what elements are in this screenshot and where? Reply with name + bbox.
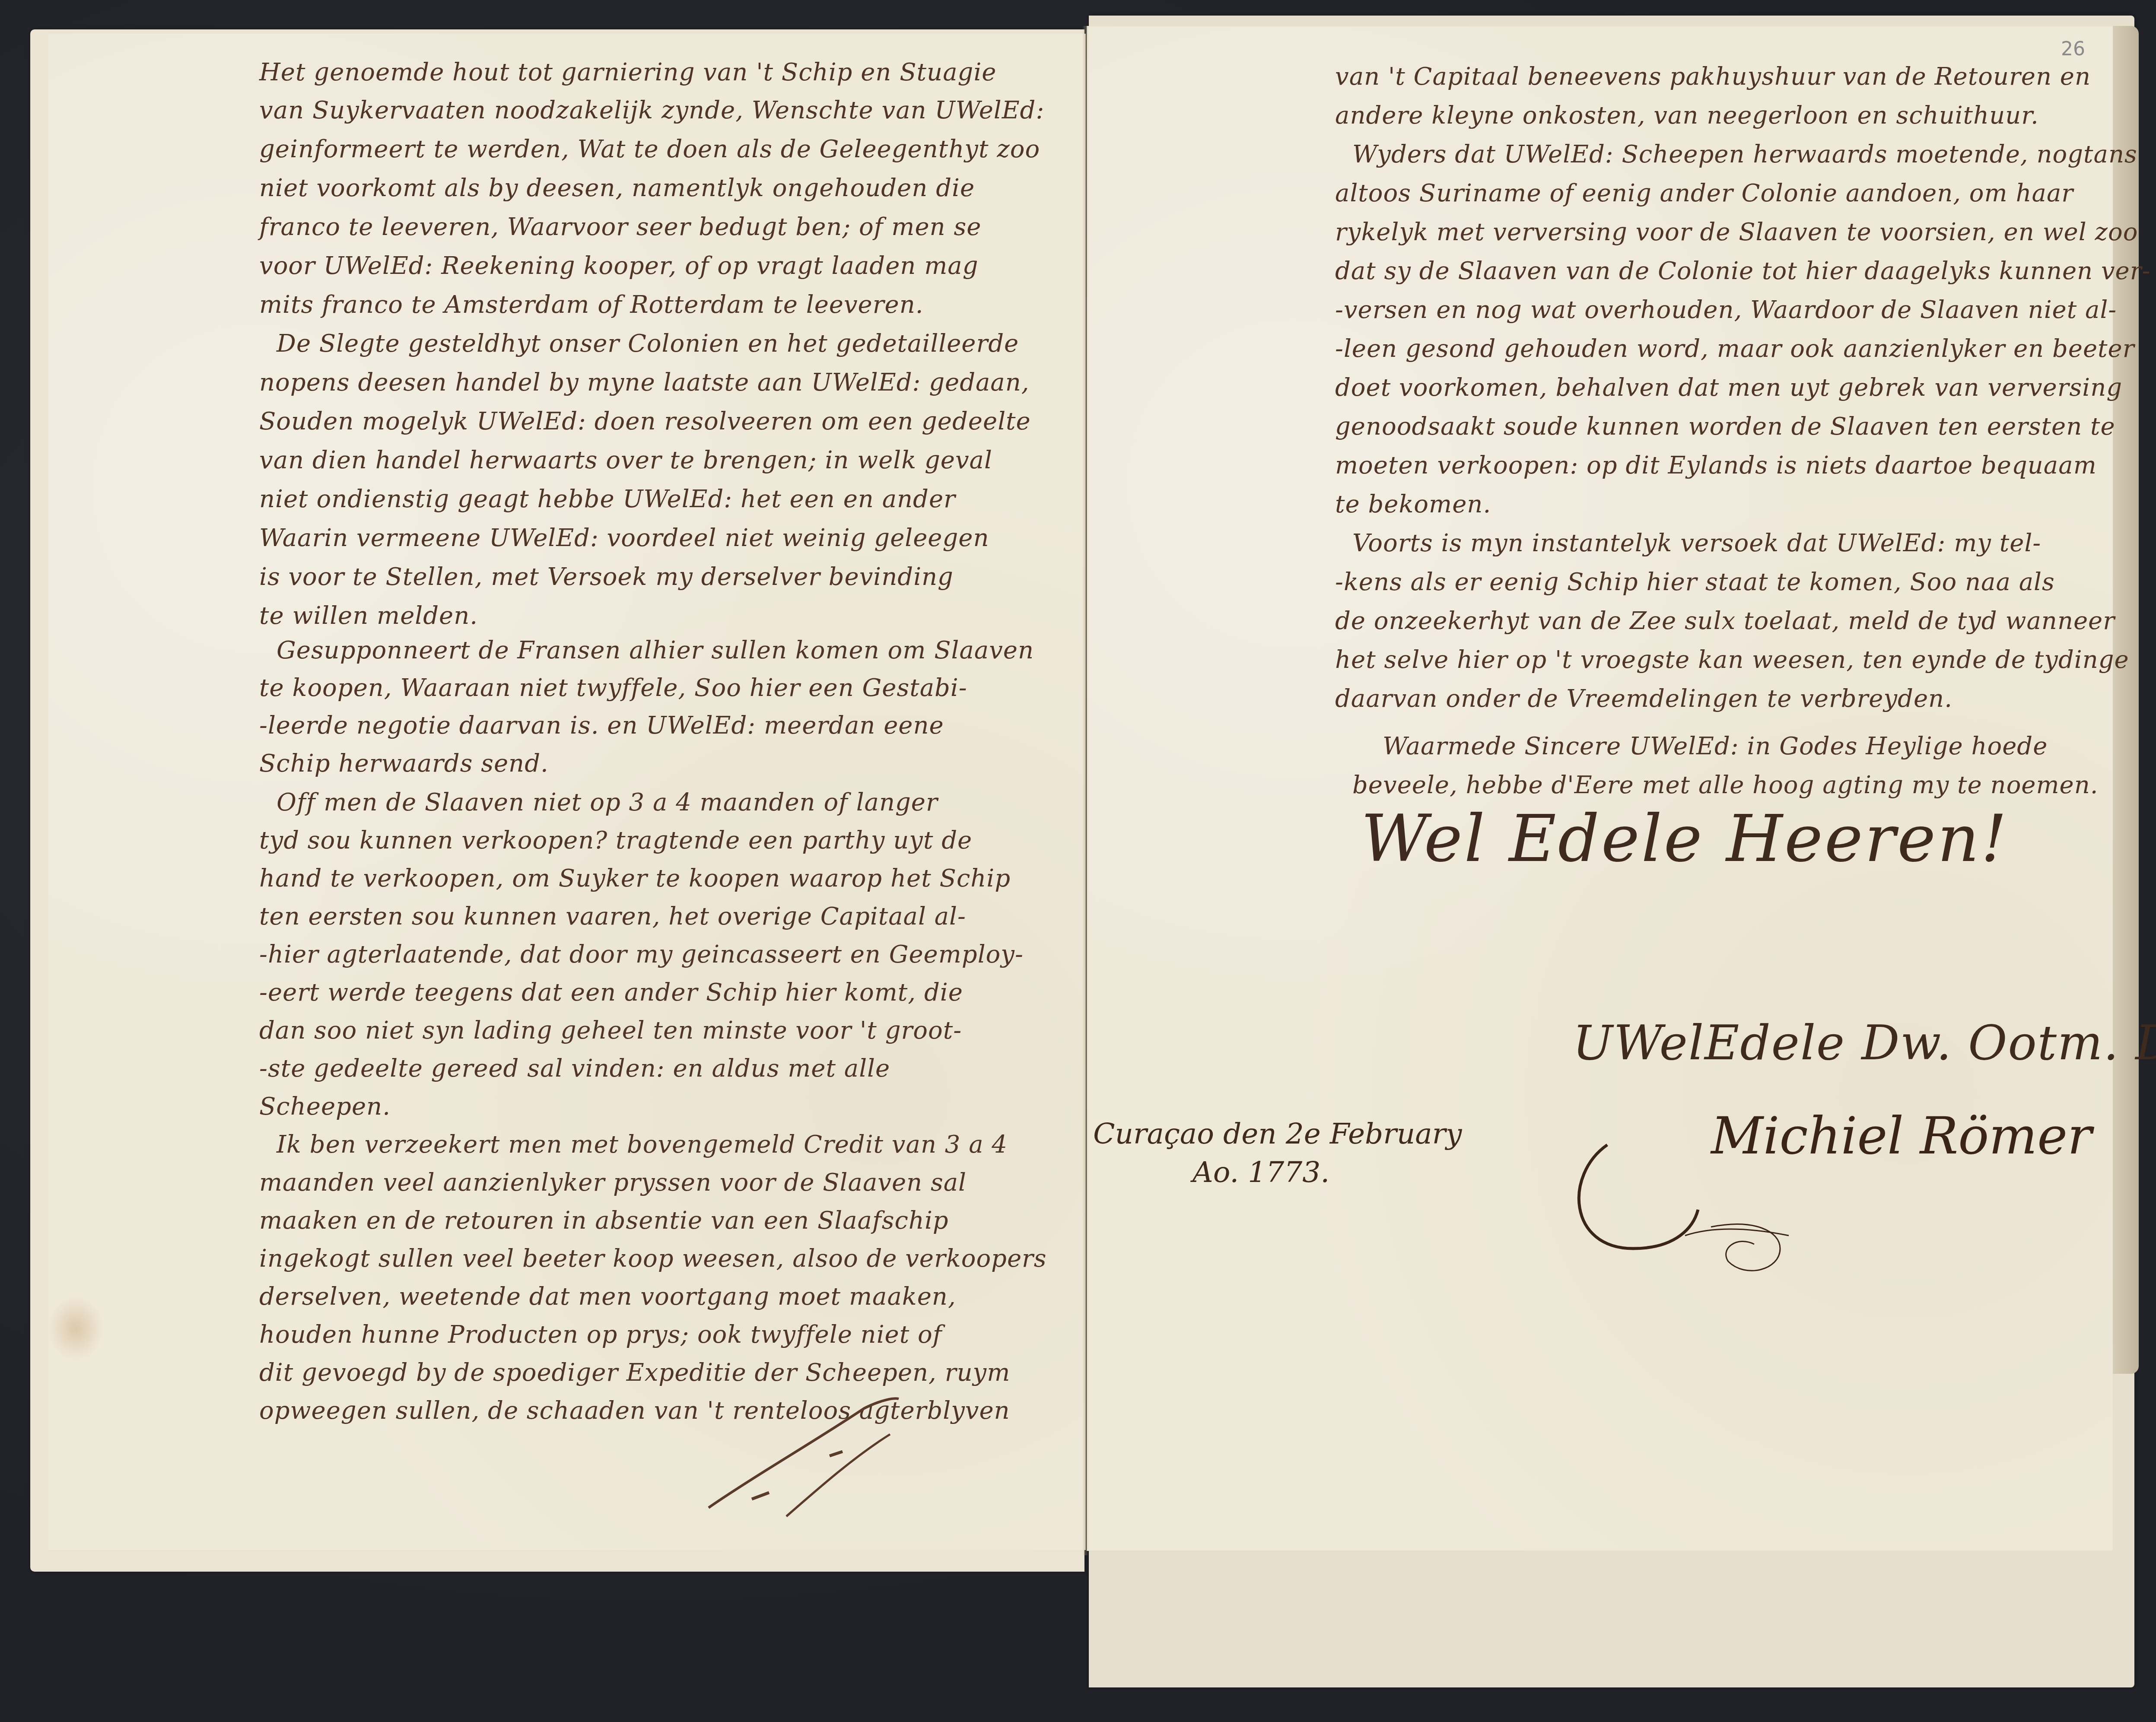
text-line: geinformeert te werden, Wat te doen als … <box>259 137 1040 162</box>
text-line: andere kleyne onkosten, van neegerloon e… <box>1335 104 2039 128</box>
text-line: Waarmede Sincere UWelEd: in Godes Heylig… <box>1383 734 2048 759</box>
text-line: franco te leeveren, Waarvoor seer bedugt… <box>259 215 981 239</box>
text-line: hand te verkoopen, om Suyker te koopen w… <box>259 867 1011 891</box>
text-line: -ste gedeelte gereed sal vinden: en aldu… <box>259 1057 890 1081</box>
text-line: Het genoemde hout tot garniering van 't … <box>259 60 996 85</box>
place-date-line: Curaçao den 2e February <box>1093 1117 1462 1150</box>
text-line: Gesupponneert de Fransen alhier sullen k… <box>277 639 1034 663</box>
text-line: maanden veel aanzienlyker pryssen voor d… <box>259 1171 967 1195</box>
text-line: Waarin vermeene UWelEd: voordeel niet we… <box>259 526 989 550</box>
text-line: genoodsaakt soude kunnen worden de Slaav… <box>1335 415 2115 439</box>
text-line: is voor te Stellen, met Versoek my derse… <box>259 565 954 589</box>
text-line: Scheepen. <box>259 1095 391 1119</box>
text-line: de onzeekerhyt van de Zee sulx toelaat, … <box>1335 609 2115 633</box>
text-line: te koopen, Waaraan niet twyffele, Soo hi… <box>259 676 967 700</box>
text-line: doet voorkomen, behalven dat men uyt geb… <box>1335 376 2122 400</box>
paraph-flourish-icon <box>700 1391 925 1521</box>
text-line: -kens als er eenig Schip hier staat te k… <box>1335 570 2055 594</box>
foxing-stain <box>48 1296 104 1361</box>
text-line: niet ondienstig geagt hebbe UWelEd: het … <box>259 487 956 512</box>
text-line: altoos Suriname of eenig ander Colonie a… <box>1335 181 2073 206</box>
text-line: maaken en de retouren in absentie van ee… <box>259 1209 949 1233</box>
text-line: daarvan onder de Vreemdelingen te verbre… <box>1335 687 1952 711</box>
text-line: voor UWelEd: Reekening kooper, of op vra… <box>259 254 978 278</box>
text-line: -eert werde teegens dat een ander Schip … <box>259 981 963 1005</box>
signature-flourish-icon <box>1555 1045 1797 1287</box>
text-line: Voorts is myn instantelyk versoek dat UW… <box>1352 531 2041 556</box>
text-line: derselven, weetende dat men voortgang mo… <box>259 1285 956 1309</box>
text-line: beveele, hebbe d'Eere met alle hoog agti… <box>1352 773 2099 797</box>
text-line: moeten verkoopen: op dit Eylands is niet… <box>1335 454 2097 478</box>
center-fold <box>1082 26 1088 1555</box>
text-line: ten eersten sou kunnen vaaren, het overi… <box>259 905 966 929</box>
text-line: Off men de Slaaven niet op 3 a 4 maanden… <box>277 791 938 815</box>
text-line: -versen en nog wat overhouden, Waardoor … <box>1335 298 2117 322</box>
text-line: niet voorkomt als by deesen, namentlyk o… <box>259 176 975 200</box>
text-line: mits franco te Amsterdam of Rotterdam te… <box>259 293 924 317</box>
text-line: Wyders dat UWelEd: Scheepen herwaards mo… <box>1352 143 2137 167</box>
text-line: dit gevoegd by de spoediger Expeditie de… <box>259 1361 1010 1385</box>
text-line: rykelyk met verversing voor de Slaaven t… <box>1335 220 2138 245</box>
text-line: De Slegte gesteldhyt onser Colonien en h… <box>277 332 1019 356</box>
text-line: van dien handel herwaarts over te brenge… <box>259 448 992 473</box>
text-line: nopens deesen handel by myne laatste aan… <box>259 371 1030 395</box>
text-line: Ik ben verzeekert men met bovengemeld Cr… <box>277 1133 1008 1157</box>
text-line: tyd sou kunnen verkoopen? tragtende een … <box>259 829 972 853</box>
year: Ao. 1773. <box>1093 1153 1462 1191</box>
text-line: -leerde negotie daarvan is. en UWelEd: m… <box>259 714 944 738</box>
text-line: het selve hier op 't vroegste kan weesen… <box>1335 648 2129 672</box>
signature: Michiel Römer <box>1711 1106 2092 1166</box>
manuscript-scan: 26 Het genoemde hout tot garniering van … <box>0 0 2156 1722</box>
text-line: dat sy de Slaaven van de Colonie tot hie… <box>1335 259 2150 283</box>
text-line: te willen melden. <box>259 604 478 628</box>
text-line: dan soo niet syn lading geheel ten minst… <box>259 1019 962 1043</box>
text-line: Schip herwaards send. <box>259 752 549 776</box>
place-and-date: Curaçao den 2e February Ao. 1773. <box>1093 1115 1462 1191</box>
text-line: -leen gesond gehouden word, maar ook aan… <box>1335 337 2135 361</box>
folio-number: 26 <box>2061 38 2085 60</box>
text-line: Souden mogelyk UWelEd: doen resolveeren … <box>259 410 1031 434</box>
text-line: van 't Capitaal beneevens pakhuyshuur va… <box>1335 65 2091 89</box>
salutation: Wel Edele Heeren! <box>1361 801 2009 877</box>
text-line: ingekogt sullen veel beeter koop weesen,… <box>259 1247 1047 1271</box>
text-line: te bekomen. <box>1335 492 1491 517</box>
text-line: houden hunne Producten op prys; ook twyf… <box>259 1323 942 1347</box>
text-line: -hier agterlaatende, dat door my geincas… <box>259 943 1024 967</box>
text-line: van Suykervaaten noodzakelijk zynde, Wen… <box>259 98 1044 123</box>
